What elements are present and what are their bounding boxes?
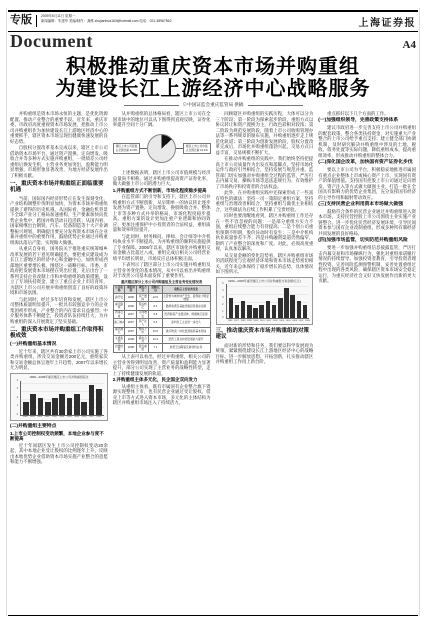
bar-chart-restructuring-count: 1998—2008年重庆辖区上市公司并购重组家次0123419981999200… bbox=[10, 373, 108, 421]
column-2-text-mid: 上述数据表明，辖区上市公司市值规模与经济总量尚不相称，通过并购重组提高资产证券化… bbox=[113, 170, 211, 279]
table-cell: 四维控股 bbox=[113, 344, 125, 352]
body-paragraph: 回顾辖区并购重组的实践历程，大体可以分为三个阶段：第一阶段为探索起步阶段，重组方… bbox=[216, 111, 314, 155]
column-3-text-bottom: 三、推动重庆资本市场并购重组的对策建议面对新的形势和任务，我们要以科学发展观为统… bbox=[216, 328, 314, 365]
table-row: 四维控股2008借壳重组7.1转型卫浴陶瓷及新材料业务 bbox=[113, 344, 210, 352]
bar bbox=[266, 301, 271, 318]
bar bbox=[259, 305, 264, 319]
section-heading: (二)深化国企改革，加快国有资产证券化步伐 bbox=[318, 160, 416, 166]
table-cell: 2007 bbox=[125, 310, 137, 318]
table-cell: 吸收合并 bbox=[137, 335, 149, 343]
table-cell: 15.6 bbox=[149, 327, 163, 335]
y-axis-ticks: 012345 bbox=[219, 284, 225, 318]
masthead-left: 专版 2009年5月11日 星期一 新闻编辑：朱建华 美编/制作：龚维 zhuj… bbox=[10, 14, 171, 27]
y-tick-label: 2 bbox=[222, 304, 223, 306]
table-row: 渝开发2006资产置换12.5主营转为城市地产开发，盈利能力明显增强 bbox=[113, 294, 210, 302]
x-tick-label: 2001 bbox=[260, 320, 265, 323]
x-tick-label: 2003 bbox=[59, 416, 65, 419]
y-tick-label: 3 bbox=[222, 297, 223, 299]
body-paragraph: 下表列示了辖区部分上市公司实施并购重组及主营业务变化的基本情况，从中可以看出并购… bbox=[113, 262, 211, 279]
table-row: 重庆路桥2006股权转让8.2路桥收费及基础设施投资稳步拓展 bbox=[113, 302, 210, 310]
table-cell: 6.8 bbox=[149, 310, 163, 318]
chart-plot-area: 0123451996199719981999200020012002200320… bbox=[226, 284, 310, 322]
table-cell: 定向增发 bbox=[137, 310, 149, 318]
table-title: 重庆辖区部分上市公司并购重组及主营业务变化情况表 bbox=[113, 280, 211, 284]
section-heading: 2.并购重组主体多元化，民企国企双向发力 bbox=[113, 377, 211, 383]
bar bbox=[81, 402, 87, 415]
masthead-info: 2009年5月11日 星期一 新闻编辑：朱建华 美编/制作：龚维 zhujian… bbox=[41, 14, 171, 23]
bar bbox=[241, 301, 246, 318]
column-2-text-bottom: 从上表可以看出，经过并购重组，相关公司的主营业务得到明显改善，资产质量和盈利能力… bbox=[113, 354, 211, 406]
section-heading: 1.并购重组方式不断创新，市场化程度稳步提高 bbox=[113, 188, 211, 194]
table-cell: 主营转为城市地产开发，盈利能力明显增强 bbox=[162, 294, 210, 302]
pie-leader-line bbox=[176, 148, 183, 149]
x-tick-label: 2008 bbox=[96, 416, 102, 419]
table-cell: 7.1 bbox=[149, 344, 163, 352]
newspaper-page: 专版 2009年5月11日 星期一 新闻编辑：朱建华 美编/制作：龚维 zhuj… bbox=[0, 0, 426, 622]
bar bbox=[45, 402, 51, 415]
table-cell: 重庆路桥 bbox=[113, 302, 125, 310]
table-cell: 2008 bbox=[125, 335, 137, 343]
bar-chart-transaction-amount: 1996—2008年重庆辖区上市公司并购重组交易金额(亿元)0123451996… bbox=[216, 277, 314, 325]
section-title: Document bbox=[10, 32, 93, 51]
body-paragraph: 当前，国际国内经济形势正在发生深刻变化，产业结构调整步伐明显加快，为资本市场并购… bbox=[10, 196, 108, 246]
table-header-cell: 金额(亿元) bbox=[149, 285, 163, 293]
x-tick-label: 2007 bbox=[89, 416, 95, 419]
table-cell: 10.3 bbox=[149, 335, 163, 343]
column-4: 重点抓好以下几个方面的工作。(一)加强组织领导，完善政策支持体系建议市政府进一步… bbox=[318, 111, 416, 607]
body-paragraph: 从重庆自身看，国务院关于推进重庆统筹城乡改革发展的若干意见明确提出，要把重庆建设… bbox=[10, 246, 108, 296]
table-header-cell: 重组方式 bbox=[137, 285, 149, 293]
x-tick-label: 2008 bbox=[305, 320, 310, 323]
chart-title: 1996—2008年重庆辖区上市公司并购重组交易金额(亿元) bbox=[219, 280, 311, 283]
table-header-cell: 重组后主营业务变化 bbox=[162, 285, 210, 293]
article-body: 并购重组是资本市场永恒的主题，是优化资源配置、推动产业整合的重要手段。近年来，重… bbox=[7, 111, 419, 607]
table-cell: 2008 bbox=[125, 344, 137, 352]
chart-plot-area: 0123419981999200020012002200320042005200… bbox=[20, 381, 104, 419]
body-paragraph: 近十年间辖区发生上市公司控制权变动20余起，其中本地企业受让股权的比例逐年上升，… bbox=[10, 443, 108, 465]
bar bbox=[272, 305, 277, 319]
byline: ⊙中国证监会重庆监管局 供稿 bbox=[183, 102, 244, 108]
chart-plot bbox=[226, 284, 310, 319]
body-paragraph: 上述数据表明，辖区上市公司市值规模与经济总量尚不相称，通过并购重组提高资产证券化… bbox=[113, 170, 211, 187]
body-paragraph: 与此同时，财务顾问、律师、会计师等中介机构执业水平不断提高，为并购重组的顺利实施… bbox=[113, 234, 211, 262]
section-title-row: Document A4 bbox=[8, 31, 418, 51]
y-tick-label: 5 bbox=[222, 283, 223, 285]
x-tick-label: 1999 bbox=[247, 320, 252, 323]
bar bbox=[290, 295, 295, 319]
table-header-row: 公司名称重组时间重组方式金额(亿元)重组后主营业务变化 bbox=[113, 285, 210, 293]
paper-name: 上海证券报 bbox=[359, 14, 417, 29]
body-paragraph: 从交易金额的变化趋势看，辖区并购重组市场的活跃程度与宏观经济环境和资本市场走势密… bbox=[216, 253, 314, 275]
pie-chart-market-share: 辖区上市公司家数占全国比重 41.5%辖区上市公司市值占全国比重 13.4% bbox=[113, 130, 211, 168]
section-heading: 二、重庆资本市场并购重组工作取得积极成效 bbox=[10, 327, 108, 340]
section-heading: 1.上市公司控制权变动频繁，本地企业参与度不断提高 bbox=[10, 431, 108, 442]
byline-dash-left bbox=[124, 105, 179, 106]
byline-row: ⊙中国证监会重庆监管局 供稿 bbox=[7, 102, 419, 108]
section-heading: (一)并购重组基本情况 bbox=[10, 342, 108, 348]
table-cell: 西南合成 bbox=[113, 310, 125, 318]
section-heading: (四)加强市场监管，切实防范并购重组风险 bbox=[318, 238, 416, 244]
table-cell: 股权转让 bbox=[137, 302, 149, 310]
table-cell: 资产置换 bbox=[137, 294, 149, 302]
table-cell: 12.5 bbox=[149, 294, 163, 302]
column-3-text-top: 回顾辖区并购重组的实践历程，大体可以分为三个阶段：第一阶段为探索起步阶段，重组方… bbox=[216, 111, 314, 275]
x-tick-label: 2004 bbox=[279, 320, 284, 323]
table-row: 渝三峡A2007资产注入5.4涂料化工主业进一步壮大 bbox=[113, 319, 210, 327]
body-paragraph: 此外，在并购重组实践中还探索形成了一些富有特色的做法：坚持一司一策制定重组方案，… bbox=[216, 190, 314, 212]
bar bbox=[38, 398, 44, 415]
y-tick-label: 3 bbox=[17, 388, 18, 390]
y-tick-label: 4 bbox=[222, 290, 223, 292]
bar bbox=[74, 394, 80, 415]
headline: 积极推动重庆资本市场并购重组 为建设长江上游经济中心战略服务 bbox=[7, 56, 419, 100]
body-paragraph: 近十年来，辖区共有30余家上市公司实施了各类并购重组，涉及交易金额近200亿元，… bbox=[10, 349, 108, 371]
y-tick-label: 0 bbox=[222, 317, 223, 319]
x-tick-label: 2006 bbox=[81, 416, 87, 419]
editor-info-line: 新闻编辑：朱建华 美编/制作：龚维 zhujianhua163@hotmail.… bbox=[41, 19, 171, 23]
table-cell: 渝三峡A bbox=[113, 319, 125, 327]
column-2-text-top: 从并购重组的总体格局看，辖区上市公司在全国市场中的地位可以从下图得到直观反映，证… bbox=[113, 111, 211, 128]
bar bbox=[59, 394, 65, 415]
bar bbox=[303, 305, 308, 319]
x-tick-label: 1998 bbox=[240, 320, 245, 323]
bar bbox=[247, 305, 252, 319]
body-paragraph: 从上表可以看出，经过并购重组，相关公司的主营业务得到明显改善，资产质量和盈利能力… bbox=[113, 354, 211, 376]
pie-circle bbox=[147, 134, 176, 163]
body-paragraph: 重点抓好以下几个方面的工作。 bbox=[318, 111, 416, 117]
bar bbox=[89, 385, 95, 415]
table-cell: 资产注入 bbox=[137, 319, 149, 327]
pie-leader-line bbox=[140, 148, 147, 149]
x-tick-label: 1997 bbox=[234, 320, 239, 323]
column-1-text-top: 并购重组是资本市场永恒的主题，是优化资源配置、推动产业整合的重要手段。近年来，重… bbox=[10, 111, 108, 371]
body-paragraph: 在监管部门的引导和支持下，辖区上市公司并购重组方式不断创新，从早期单一的协议转让… bbox=[113, 194, 211, 233]
table-cell: 转型卫浴陶瓷及新材料业务 bbox=[162, 344, 210, 352]
pie-callout-left: 辖区上市公司家数占全国比重 41.5% bbox=[113, 143, 140, 153]
table-cell: 医药工商业协同发展能力提升 bbox=[162, 335, 210, 343]
headline-line2: 为建设长江上游经济中心战略服务 bbox=[7, 78, 419, 100]
table-header-cell: 公司名称 bbox=[113, 285, 125, 293]
x-axis-labels: 1998199920002001200220032004200520062007… bbox=[20, 416, 104, 419]
bar bbox=[235, 305, 240, 319]
body-paragraph: 在推动并购重组的实践中，我们始终坚持把提高上市公司质量作为出发点和落脚点，坚持市… bbox=[216, 156, 314, 189]
table-cell: 2007 bbox=[125, 327, 137, 335]
body-paragraph: 与此同时，经过多年培育和发展，辖区上市公司整体质量明显提升，一批具有较强竞争力的… bbox=[10, 297, 108, 325]
column-1-text-bottom: (二)并购重组主要特点1.上市公司控制权变动频繁，本地企业参与度不断提高近十年间… bbox=[10, 424, 108, 465]
body-paragraph: 要进一步加强并购重组信息披露监管，严厉打击内幕交易和市场操纵行为，强化对重组承诺… bbox=[318, 245, 416, 284]
x-tick-label: 2007 bbox=[299, 320, 304, 323]
y-axis-ticks: 01234 bbox=[13, 381, 19, 415]
column-2: 从并购重组的总体格局看，辖区上市公司在全国市场中的地位可以从下图得到直观反映，证… bbox=[113, 111, 211, 607]
masthead: 专版 2009年5月11日 星期一 新闻编辑：朱建华 美编/制作：龚维 zhuj… bbox=[7, 12, 419, 30]
table-cell: 路桥收费及基础设施投资稳步拓展 bbox=[162, 302, 210, 310]
y-tick-label: 2 bbox=[17, 397, 18, 399]
bar bbox=[253, 308, 258, 318]
body-paragraph: 鼓励符合条件的民营企业通过并购重组进入资本市场，支持民营控股上市公司围绕主业实施… bbox=[318, 209, 416, 237]
body-paragraph: 自股权分置改革基本完成以来，辖区上市公司借助资本市场平台，通过资产置换、定向增发… bbox=[10, 145, 108, 178]
body-paragraph: 并购重组是资本市场永恒的主题，是优化资源配置、推动产业整合的重要手段。近年来，重… bbox=[10, 111, 108, 144]
bar bbox=[96, 389, 102, 415]
y-tick-label: 1 bbox=[222, 311, 223, 313]
table-cell: 涂料化工主业进一步壮大 bbox=[162, 319, 210, 327]
column-1: 并购重组是资本市场永恒的主题，是优化资源配置、推动产业整合的重要手段。近年来，重… bbox=[10, 111, 108, 607]
restructuring-table: 重庆辖区部分上市公司并购重组及主营业务变化情况表公司名称重组时间重组方式金额(亿… bbox=[113, 280, 211, 353]
x-tick-label: 2001 bbox=[44, 416, 50, 419]
bar bbox=[278, 298, 283, 318]
chart-plot bbox=[20, 381, 104, 416]
bar bbox=[52, 398, 58, 415]
x-tick-label: 2003 bbox=[273, 320, 278, 323]
masthead-divider bbox=[36, 15, 37, 27]
body-paragraph: 从重组主体看，既有市属国有企业整合旗下资源实现整体上市，也有民营企业通过受让股权… bbox=[113, 384, 211, 406]
table-row: 西南合成2007定向增发6.8医药制造产业链延伸，规模效应显现 bbox=[113, 310, 210, 318]
table-cell: 2006 bbox=[125, 302, 137, 310]
body-paragraph: 面对新的形势和任务，我们要以科学发展观为统领，紧紧围绕建设长江上游地区经济中心的… bbox=[216, 343, 314, 365]
section-heading: (三)支持民营企业利用资本市场做大做强 bbox=[318, 202, 416, 208]
bar bbox=[30, 394, 36, 415]
data-table: 公司名称重组时间重组方式金额(亿元)重组后主营业务变化渝开发2006资产置换12… bbox=[113, 285, 211, 353]
x-tick-label: 2006 bbox=[292, 320, 297, 323]
body-paragraph: 从并购重组的总体格局看，辖区上市公司在全国市场中的地位可以从下图得到直观反映，证… bbox=[113, 111, 211, 128]
x-tick-label: 1998 bbox=[22, 416, 28, 419]
x-tick-label: 2002 bbox=[266, 320, 271, 323]
headline-line1: 积极推动重庆资本市场并购重组 bbox=[7, 56, 419, 78]
date-line: 2009年5月11日 星期一 bbox=[41, 14, 75, 18]
body-paragraph: 要以上市公司为平台，积极稳妥地推进市属国有重点企业整体上市或核心资产上市，实现国… bbox=[318, 167, 416, 200]
bar bbox=[23, 402, 29, 415]
table-cell: 2006 bbox=[125, 294, 137, 302]
pie-callout-right: 辖区上市公司市值占全国比重 13.4% bbox=[183, 143, 210, 153]
table-cell: 5.4 bbox=[149, 319, 163, 327]
table-header-cell: 重组时间 bbox=[125, 285, 137, 293]
x-axis-labels: 1996199719981999200020012002200320042005… bbox=[226, 320, 310, 323]
table-row: 重庆港九2007整体上市15.6港口物流一体化经营格局基本形成 bbox=[113, 327, 210, 335]
bar bbox=[284, 288, 289, 319]
table-cell: 重庆港九 bbox=[113, 327, 125, 335]
table-cell: 整体上市 bbox=[137, 327, 149, 335]
table-cell: 8.2 bbox=[149, 302, 163, 310]
body-paragraph: 同时也要清醒地看到，辖区并购重组工作还存在一些不容忽视的问题：一是部分重组方实力… bbox=[216, 213, 314, 252]
table-row: 太极集团2008吸收合并10.3医药工商业协同发展能力提升 bbox=[113, 335, 210, 343]
section-heading: 一、重庆资本市场并购重组正面临重要机遇 bbox=[10, 181, 108, 194]
chart-title: 1998—2008年重庆辖区上市公司并购重组家次 bbox=[13, 376, 105, 379]
bar bbox=[297, 301, 302, 318]
y-tick-label: 4 bbox=[17, 380, 18, 382]
table-cell: 太极集团 bbox=[113, 335, 125, 343]
x-tick-label: 2000 bbox=[37, 416, 43, 419]
y-tick-label: 0 bbox=[17, 414, 18, 416]
table-cell: 2007 bbox=[125, 319, 137, 327]
section-heading: (一)加强组织领导，完善政策支持体系 bbox=[318, 118, 416, 124]
x-tick-label: 2005 bbox=[286, 320, 291, 323]
section-heading: 三、推动重庆资本市场并购重组的对策建议 bbox=[216, 328, 314, 341]
x-tick-label: 1996 bbox=[228, 320, 233, 323]
page-number: A4 bbox=[403, 39, 416, 51]
x-tick-label: 2000 bbox=[253, 320, 258, 323]
section-heading: (二)并购重组主要特点 bbox=[10, 424, 108, 430]
column-3: 回顾辖区并购重组的实践历程，大体可以分为三个阶段：第一阶段为探索起步阶段，重组方… bbox=[216, 111, 314, 607]
body-paragraph: 建议市政府进一步完善支持上市公司并购重组的配套政策，整合各类扶持资金，对实施重大… bbox=[318, 125, 416, 158]
bar bbox=[67, 398, 73, 415]
byline-dash-right bbox=[248, 105, 303, 106]
edition-label: 专版 bbox=[10, 14, 32, 26]
y-tick-label: 1 bbox=[17, 405, 18, 407]
table-cell: 渝开发 bbox=[113, 294, 125, 302]
x-tick-label: 2004 bbox=[66, 416, 72, 419]
column-4-text: 重点抓好以下几个方面的工作。(一)加强组织领导，完善政策支持体系建议市政府进一步… bbox=[318, 111, 416, 284]
x-tick-label: 2005 bbox=[74, 416, 80, 419]
table-cell: 借壳重组 bbox=[137, 344, 149, 352]
table-cell: 医药制造产业链延伸，规模效应显现 bbox=[162, 310, 210, 318]
page-sheet: 专版 2009年5月11日 星期一 新闻编辑：朱建华 美编/制作：龚维 zhuj… bbox=[6, 8, 420, 616]
table-cell: 港口物流一体化经营格局基本形成 bbox=[162, 327, 210, 335]
x-tick-label: 1999 bbox=[29, 416, 35, 419]
bar bbox=[229, 298, 234, 318]
x-tick-label: 2002 bbox=[52, 416, 58, 419]
bottom-rule bbox=[8, 615, 418, 617]
